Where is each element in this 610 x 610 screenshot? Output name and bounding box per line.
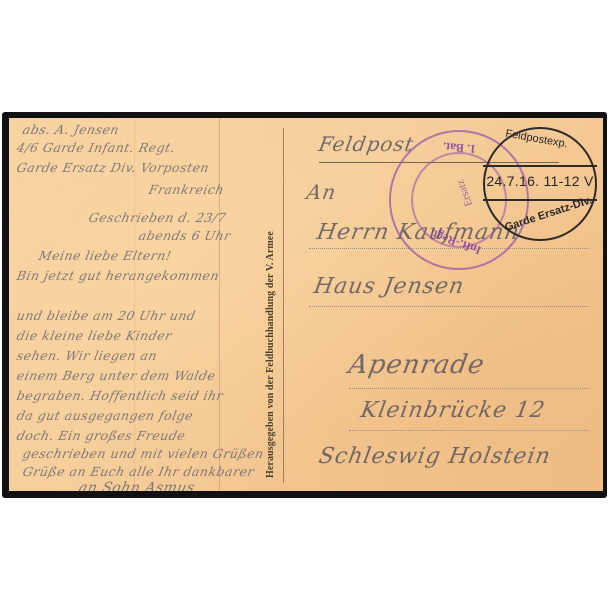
unit-stamp-text: 1. Bat. <box>442 139 476 157</box>
address-rule <box>349 430 589 431</box>
message-signature: an Sohn Asmus <box>77 480 196 491</box>
message-line: sehen. Wir liegen an <box>15 348 158 363</box>
postmark-date: 24.7.16. 11-12 V <box>485 173 595 189</box>
message-line: die kleine liebe Kinder <box>15 328 173 343</box>
paper-crease <box>219 118 220 491</box>
message-line: Garde Ersatz Div. Vorposten <box>15 160 210 175</box>
message-line: Bin jetzt gut herangekommen <box>15 268 220 283</box>
message-line: geschrieben und mit vielen Grüßen <box>21 446 265 461</box>
postmark-top-text: Feldpostexp. <box>504 128 568 151</box>
message-line: abends 6 Uhr <box>137 228 232 243</box>
message-line: einem Berg unter dem Walde <box>15 368 217 383</box>
postcard-back: Herausgegeben von der Feldbuchhandlung d… <box>9 118 603 491</box>
message-line: da gut ausgegangen folge <box>15 408 194 423</box>
to-label: An <box>305 180 339 204</box>
message-line: Geschrieben d. 23/7 <box>87 210 227 225</box>
postmark: Feldpostexp. 24.7.16. 11-12 V Garde Ersa… <box>483 127 597 241</box>
message-line: Frankreich <box>147 182 225 197</box>
message-line: abs. A. Jensen <box>21 122 120 137</box>
center-divider-line <box>283 128 284 483</box>
message-line: Grüße an Euch alle Ihr dankbarer <box>21 464 255 479</box>
recipient-name: Haus Jensen <box>312 274 467 299</box>
publisher-imprint: Herausgegeben von der Feldbuchhandlung d… <box>265 231 276 478</box>
postmark-bar <box>483 165 597 167</box>
recipient-street: Kleinbrücke 12 <box>359 398 548 423</box>
service-line: Feldpost <box>317 132 416 156</box>
message-line: 4/6 Garde Infant. Regt. <box>15 140 176 155</box>
recipient-region: Schleswig Holstein <box>317 444 553 469</box>
message-line: Meine liebe Eltern! <box>37 248 173 263</box>
message-line: doch. Ein großes Freude <box>15 428 187 443</box>
message-line: und bleibe am 20 Uhr und <box>15 308 197 323</box>
address-rule <box>309 306 589 307</box>
address-rule <box>349 388 589 389</box>
recipient-town: Apenrade <box>346 350 487 380</box>
postcard: Herausgegeben von der Feldbuchhandlung d… <box>2 112 607 498</box>
message-line: begraben. Hoffentlich seid ihr <box>15 388 224 403</box>
